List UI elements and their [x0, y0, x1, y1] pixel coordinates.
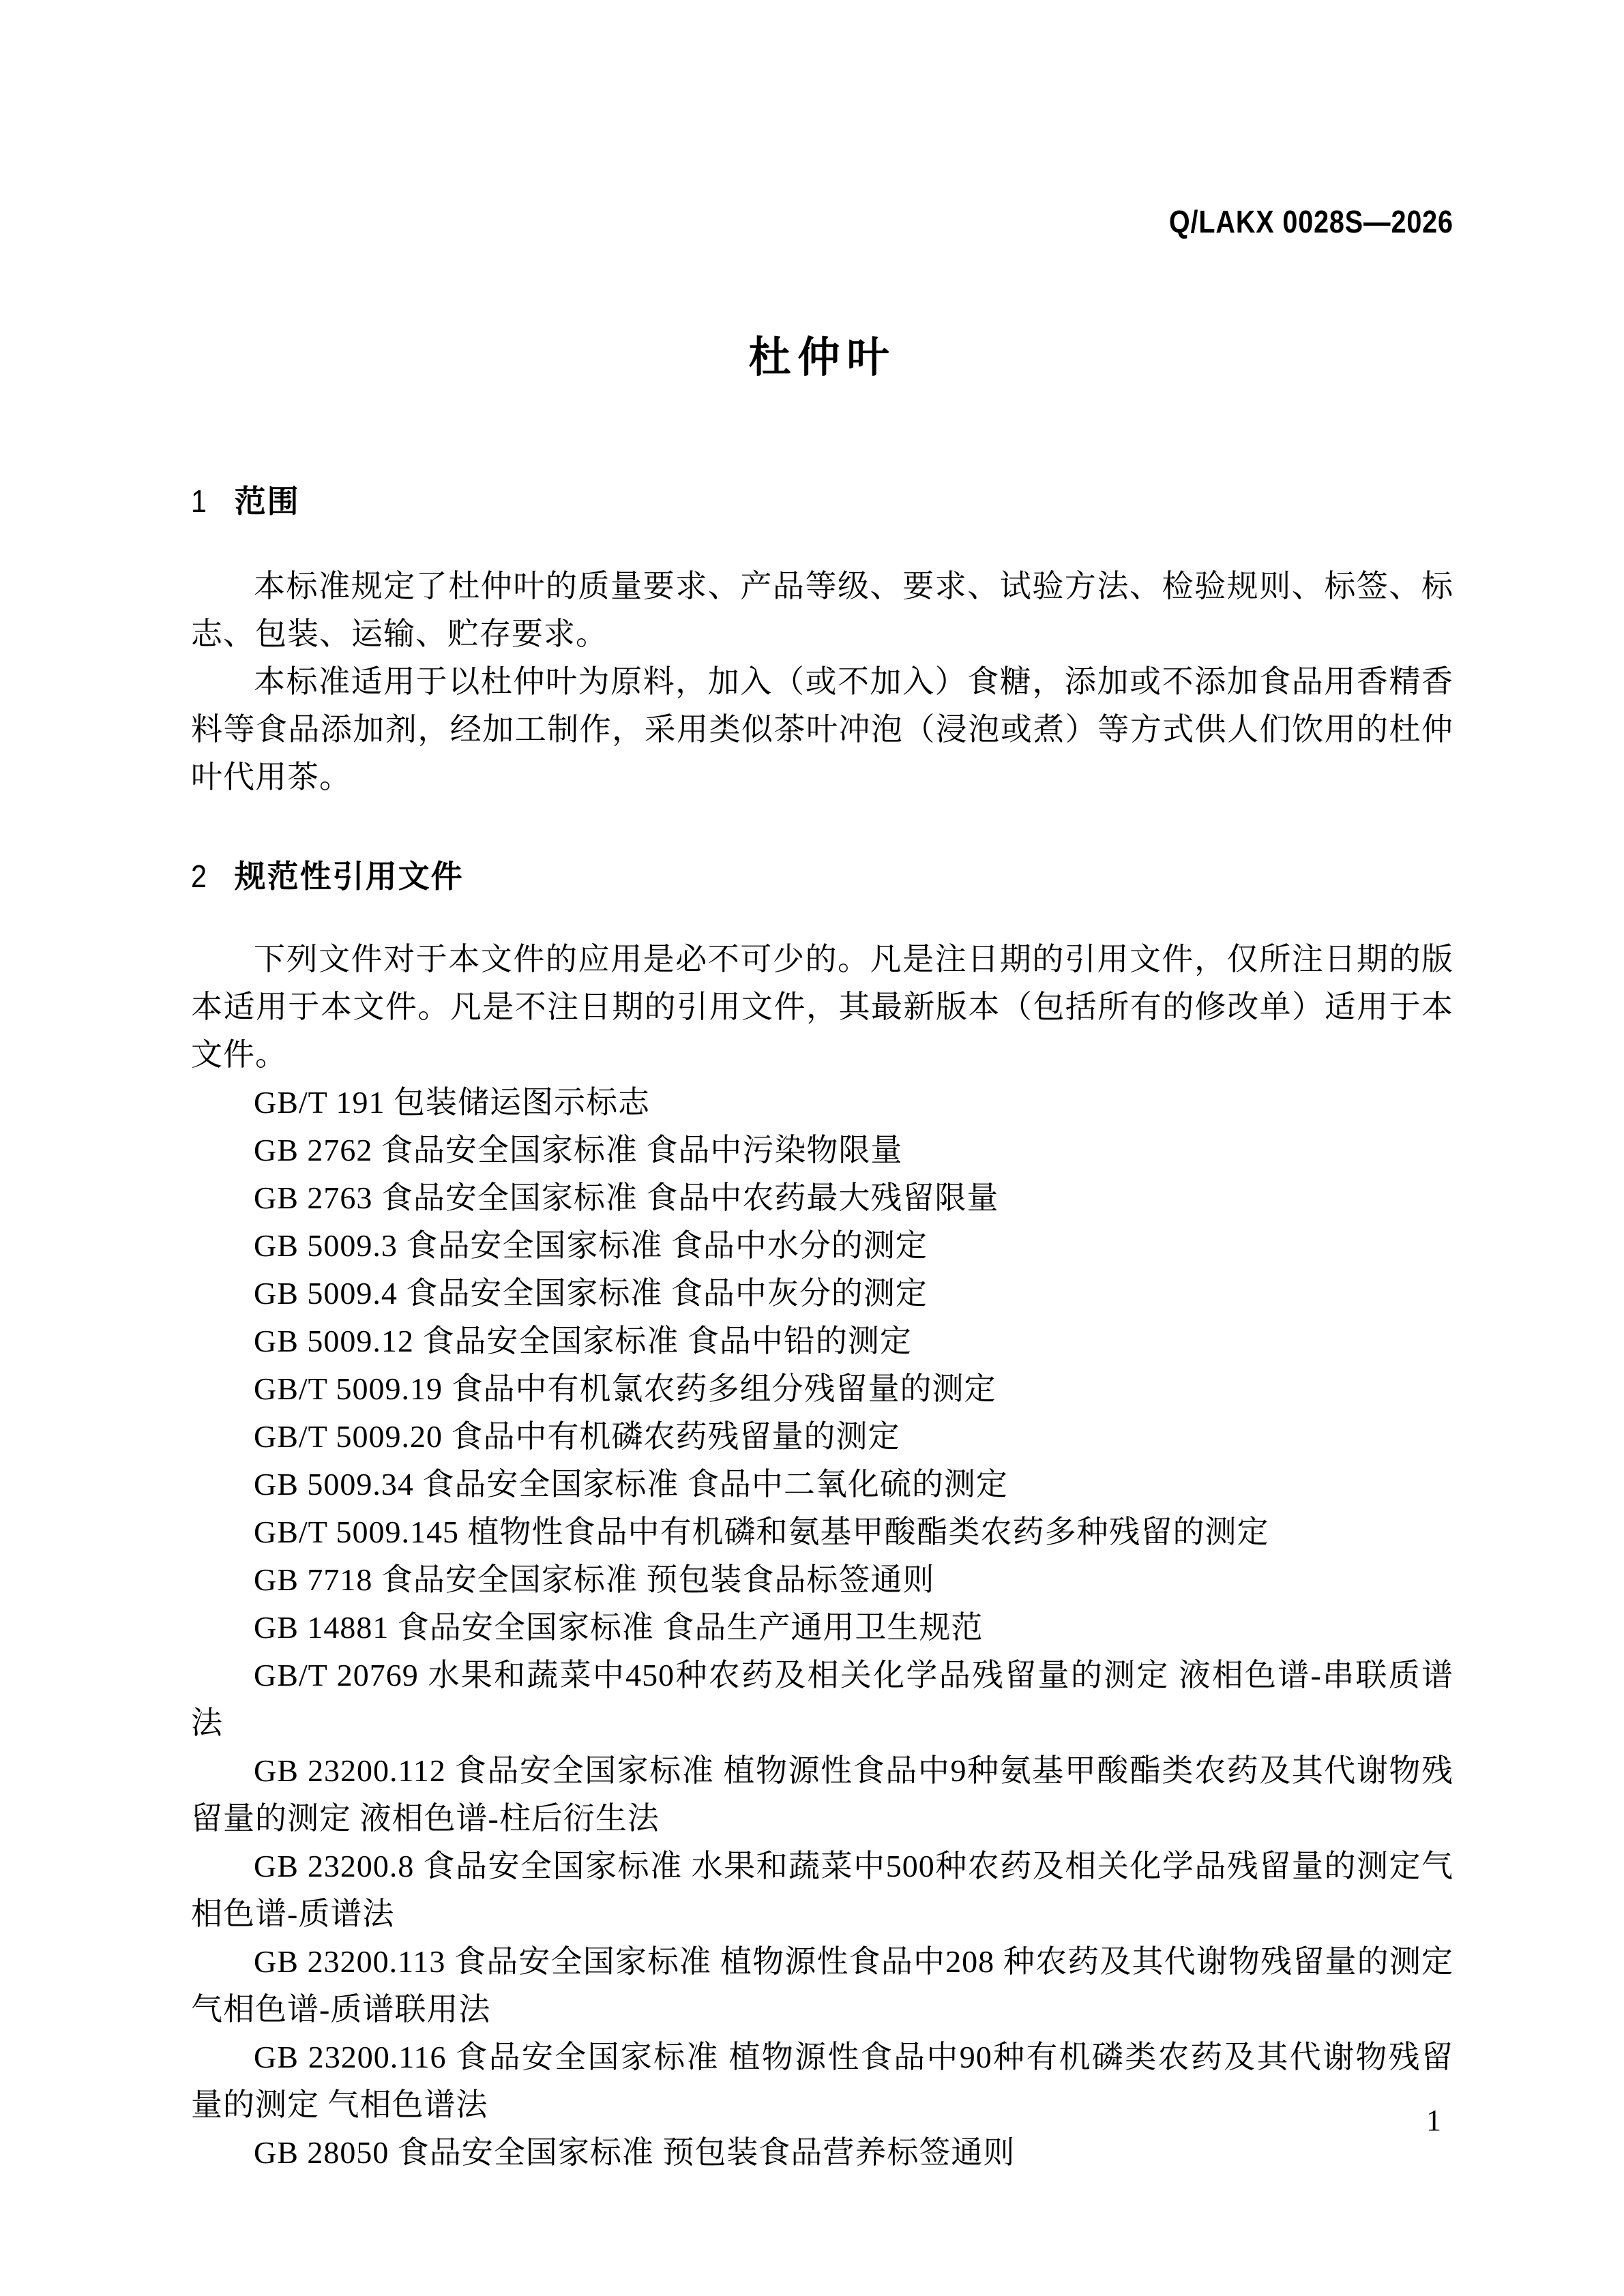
section-1-title: 范围: [235, 483, 300, 519]
references-intro-paragraph: 下列文件对于本文件的应用是必不可少的。凡是注日期的引用文件，仅所注日期的版本适用…: [191, 936, 1453, 1079]
reference-item: GB/T 5009.20 食品中有机磷农药残留量的测定: [191, 1413, 1453, 1461]
document-page: Q/LAKX 0028S—2026 杜仲叶 1范围 本标准规定了杜仲叶的质量要求…: [0, 0, 1624, 2296]
reference-item: GB 14881 食品安全国家标准 食品生产通用卫生规范: [191, 1604, 1453, 1652]
reference-item: GB/T 191 包装储运图示标志: [191, 1079, 1453, 1127]
standard-header: Q/LAKX 0028S—2026: [191, 198, 1453, 245]
reference-item: GB 28050 食品安全国家标准 预包装食品营养标签通则: [191, 2129, 1453, 2177]
references-list: GB/T 191 包装储运图示标志 GB 2762 食品安全国家标准 食品中污染…: [191, 1079, 1453, 2177]
reference-item: GB/T 5009.145 植物性食品中有机磷和氨基甲酸酯类农药多种残留的测定: [191, 1508, 1453, 1556]
page-number: 1: [1426, 2104, 1441, 2138]
section-1-number: 1: [191, 477, 208, 525]
reference-item: GB 23200.113 食品安全国家标准 植物源性食品中208 种农药及其代谢…: [191, 1938, 1453, 2033]
reference-item: GB 2762 食品安全国家标准 食品中污染物限量: [191, 1127, 1453, 1174]
scope-paragraph: 本标准规定了杜仲叶的质量要求、产品等级、要求、试验方法、检验规则、标签、标志、包…: [191, 563, 1453, 658]
section-1-heading: 1范围: [191, 477, 1453, 525]
reference-item: GB 5009.12 食品安全国家标准 食品中铅的测定: [191, 1317, 1453, 1365]
section-2-number: 2: [191, 852, 208, 900]
reference-item: GB/T 5009.19 食品中有机氯农药多组分残留量的测定: [191, 1365, 1453, 1413]
reference-item: GB 2763 食品安全国家标准 食品中农药最大残留限量: [191, 1174, 1453, 1222]
standard-number: Q/LAKX 0028S—2026: [1169, 198, 1453, 245]
section-2-heading: 2规范性引用文件: [191, 852, 1453, 900]
reference-item: GB 5009.34 食品安全国家标准 食品中二氧化硫的测定: [191, 1461, 1453, 1508]
section-2-title: 规范性引用文件: [235, 859, 464, 894]
reference-item: GB 5009.3 食品安全国家标准 食品中水分的测定: [191, 1222, 1453, 1270]
document-title: 杜仲叶: [191, 327, 1453, 389]
reference-item: GB 23200.116 食品安全国家标准 植物源性食品中90种有机磷类农药及其…: [191, 2033, 1453, 2129]
reference-item: GB 5009.4 食品安全国家标准 食品中灰分的测定: [191, 1270, 1453, 1317]
reference-item: GB 23200.8 食品安全国家标准 水果和蔬菜中500种农药及相关化学品残留…: [191, 1843, 1453, 1938]
reference-item: GB 7718 食品安全国家标准 预包装食品标签通则: [191, 1556, 1453, 1604]
reference-item: GB/T 20769 水果和蔬菜中450种农药及相关化学品残留量的测定 液相色谱…: [191, 1652, 1453, 1747]
scope-paragraph: 本标准适用于以杜仲叶为原料，加入（或不加入）食糖，添加或不添加食品用香精香料等食…: [191, 658, 1453, 801]
reference-item: GB 23200.112 食品安全国家标准 植物源性食品中9种氨基甲酸酯类农药及…: [191, 1747, 1453, 1843]
section-2-body: 下列文件对于本文件的应用是必不可少的。凡是注日期的引用文件，仅所注日期的版本适用…: [191, 936, 1453, 2177]
section-1-body: 本标准规定了杜仲叶的质量要求、产品等级、要求、试验方法、检验规则、标签、标志、包…: [191, 563, 1453, 801]
